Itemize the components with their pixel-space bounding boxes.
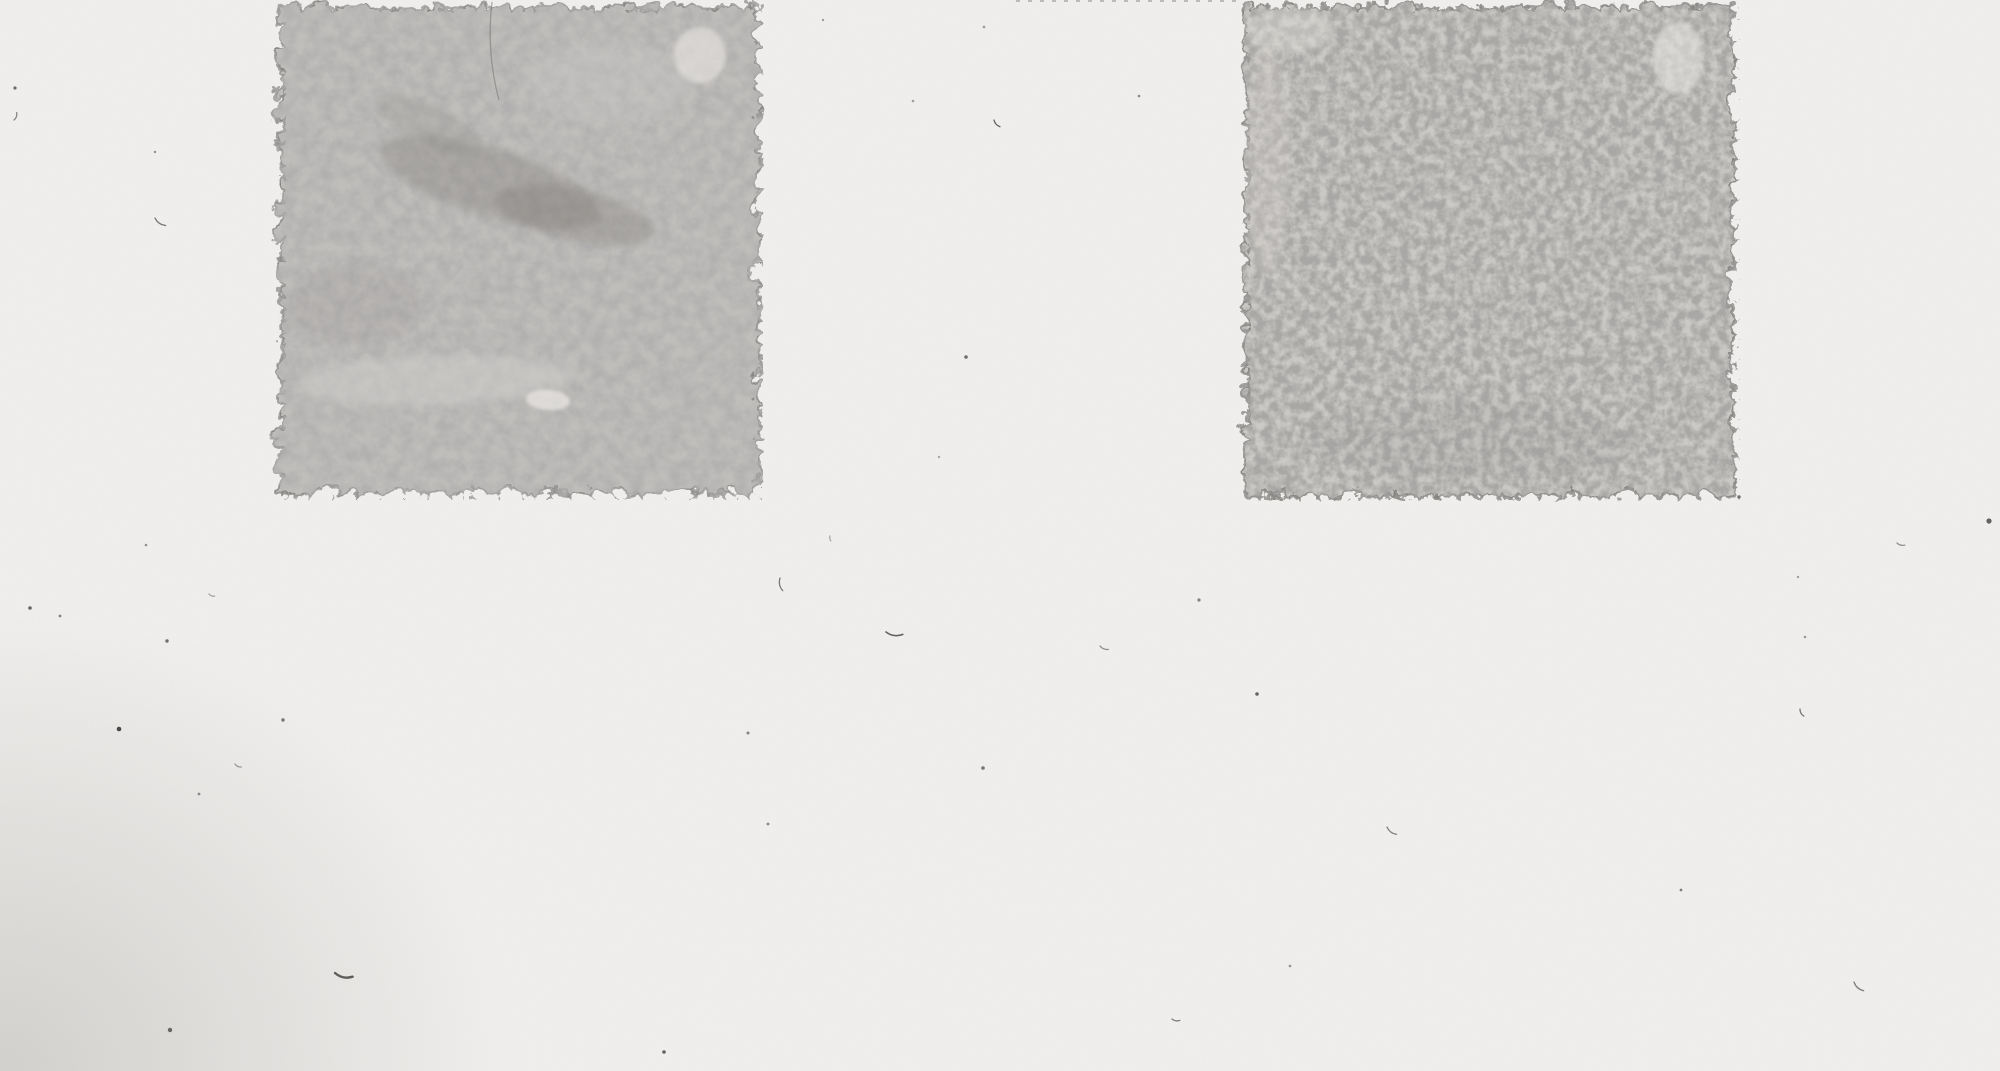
scanned-paper-sheet	[0, 0, 2000, 1071]
paper-grain-overlay	[0, 0, 2000, 1071]
scan-scene	[0, 0, 2000, 1071]
